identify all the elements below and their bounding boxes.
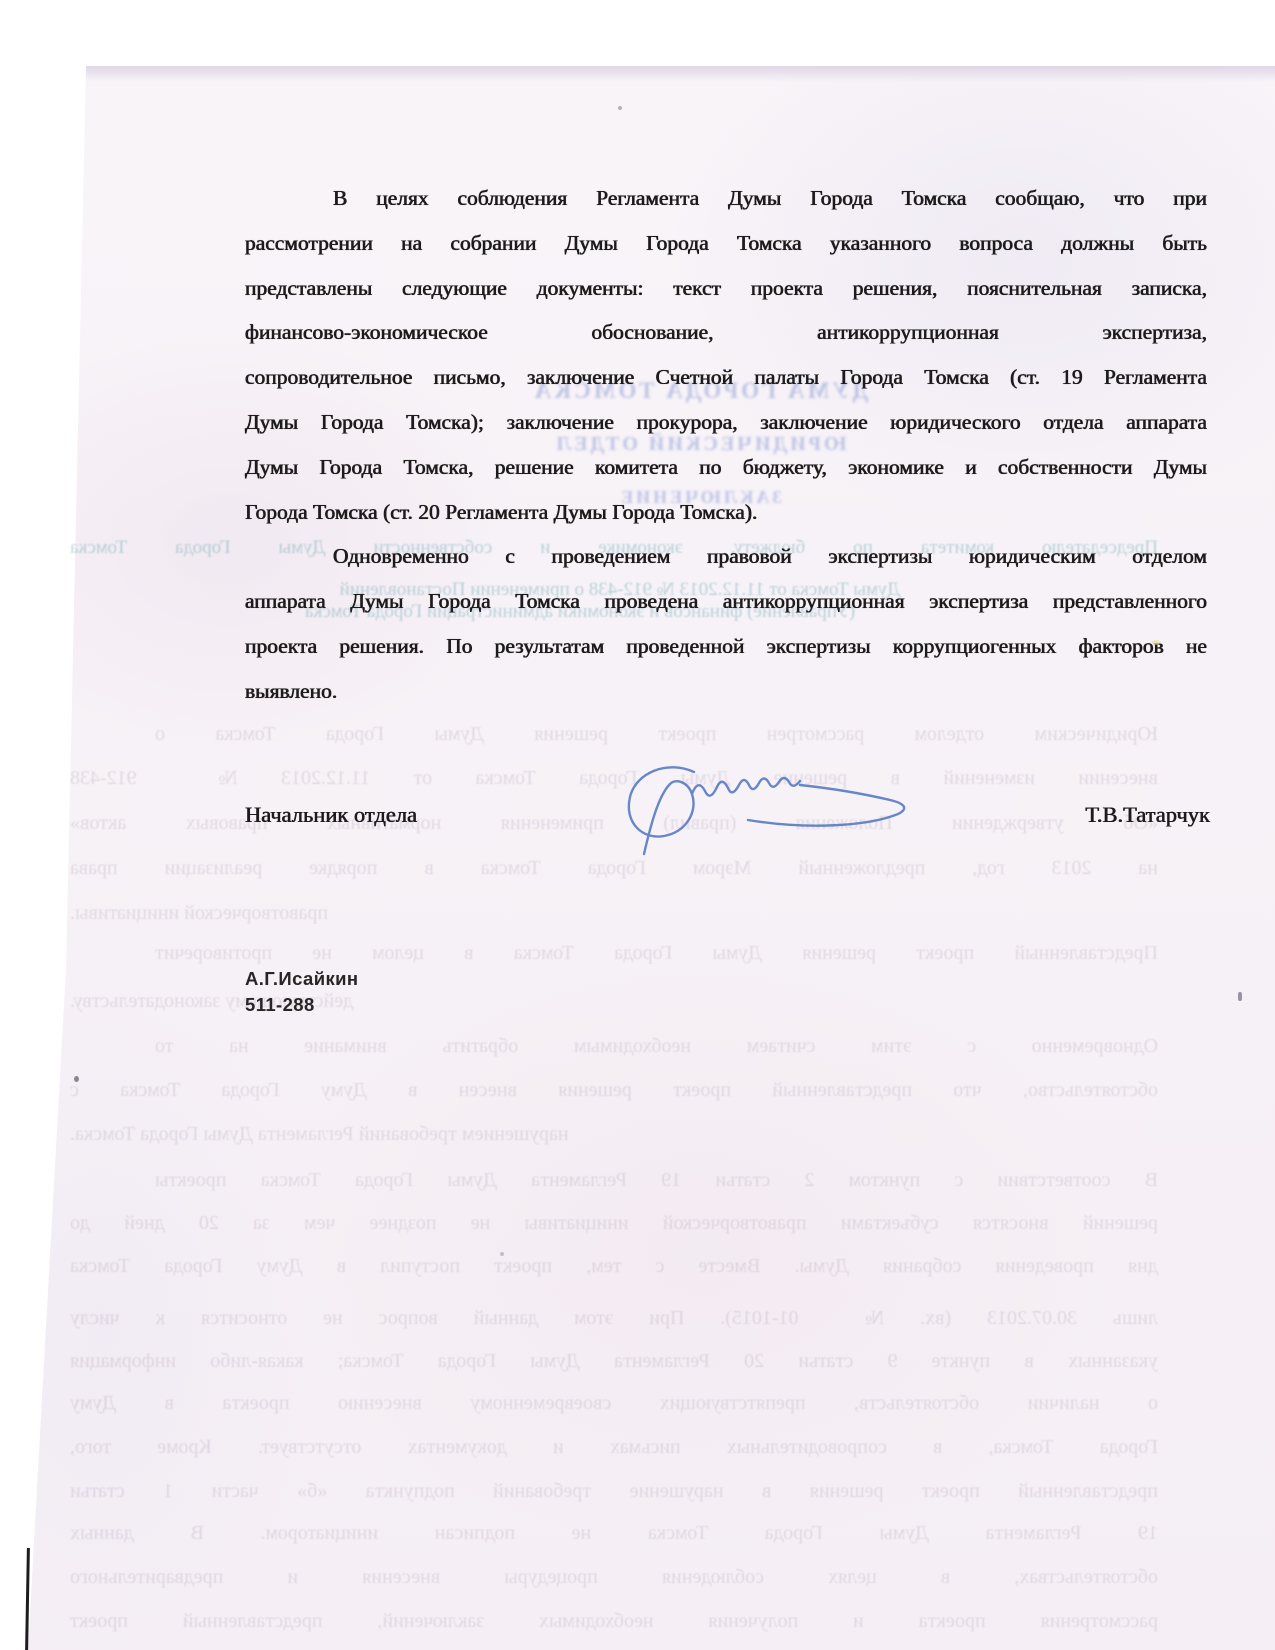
paragraph-line: финансово-экономическое обоснование, ант… bbox=[245, 320, 1207, 365]
paragraph-line: проекта решения. По результатам проведен… bbox=[245, 634, 1207, 679]
scanned-document: ДУМА ГОРОДА ТОМСКА ЮРИДИЧЕСКИЙ ОТДЕЛ ЗАК… bbox=[0, 0, 1275, 1650]
scan-speck bbox=[74, 1076, 79, 1082]
bleedthrough-line: правотворческой инициативы. bbox=[70, 901, 1158, 925]
bleedthrough-line: В соответствии с пунктом 2 статьи 19 Рег… bbox=[70, 1168, 1158, 1192]
bleedthrough-line: на 2013 год, предложенный Мэром Города Т… bbox=[70, 856, 1158, 880]
bleedthrough-line: нарушением требований Регламента Думы Го… bbox=[70, 1122, 1158, 1146]
scan-speck bbox=[500, 1252, 504, 1256]
scan-speck bbox=[1152, 640, 1160, 645]
paragraph-line: рассмотрении на собрании Думы Города Том… bbox=[245, 231, 1207, 276]
paragraph-line: выявлено. bbox=[245, 679, 1207, 724]
bleedthrough-line: Представленный проект решения Думы Город… bbox=[70, 941, 1158, 965]
scan-speck bbox=[618, 106, 622, 110]
bleedthrough-line: Одновременно с этим считаем необходимым … bbox=[70, 1034, 1158, 1058]
bleedthrough-line: указанных в пункте 9 статьи 20 Регламент… bbox=[70, 1349, 1158, 1373]
bleedthrough-line: действующему законодательству. bbox=[70, 989, 1158, 1013]
bleedthrough-line: дня проведения собрания Думы. Вместе с т… bbox=[70, 1254, 1158, 1278]
paragraph-line: аппарата Думы Города Томска проведена ан… bbox=[245, 589, 1207, 634]
paragraph-line: Думы Города Томска); заключение прокурор… bbox=[245, 410, 1207, 455]
scan-speck bbox=[1238, 992, 1242, 1001]
bleedthrough-line: представленный проект решения в нарушени… bbox=[70, 1479, 1158, 1503]
letter-body: В целях соблюдения Регламента Думы Город… bbox=[245, 186, 1207, 724]
paragraph-line: Города Томска (ст. 20 Регламента Думы Го… bbox=[245, 500, 1207, 545]
bleedthrough-line: рассмотрения проекта и получения необход… bbox=[70, 1609, 1158, 1633]
paragraph-line: Одновременно с проведением правовой эксп… bbox=[245, 544, 1207, 589]
bleedthrough-line: 19 Регламента Думы Города Томска не подп… bbox=[70, 1521, 1158, 1545]
signer-name: Т.В.Татарчук bbox=[1020, 802, 1210, 828]
paragraph-line: В целях соблюдения Регламента Думы Город… bbox=[245, 186, 1207, 231]
bleedthrough-line: обстоятельствах, в целях соблюдения проц… bbox=[70, 1565, 1158, 1589]
executor-name: А.Г.Исайкин bbox=[245, 966, 359, 992]
signer-title: Начальник отдела bbox=[245, 802, 417, 828]
bleedthrough-line: лишь 30.07.2013 (вх. № 01-1015). При это… bbox=[70, 1306, 1158, 1330]
paragraph-line: представлены следующие документы: текст … bbox=[245, 276, 1207, 321]
handwritten-signature bbox=[598, 742, 928, 857]
bleedthrough-line: решений вносятся субъектами правотворчес… bbox=[70, 1211, 1158, 1235]
executor-block: А.Г.Исайкин 511-288 bbox=[245, 966, 359, 1018]
bleedthrough-line: Города Томска, в сопроводительных письма… bbox=[70, 1435, 1158, 1459]
paragraph-line: Думы Города Томска, решение комитета по … bbox=[245, 455, 1207, 500]
executor-phone: 511-288 bbox=[245, 992, 359, 1018]
paragraph-line: сопроводительное письмо, заключение Счет… bbox=[245, 365, 1207, 410]
bleedthrough-line: обстоятельство, что представленный проек… bbox=[70, 1078, 1158, 1102]
scan-edge-shadow bbox=[0, 66, 1275, 82]
bleedthrough-line: о наличии обстоятельств, препятствующих … bbox=[70, 1391, 1158, 1415]
